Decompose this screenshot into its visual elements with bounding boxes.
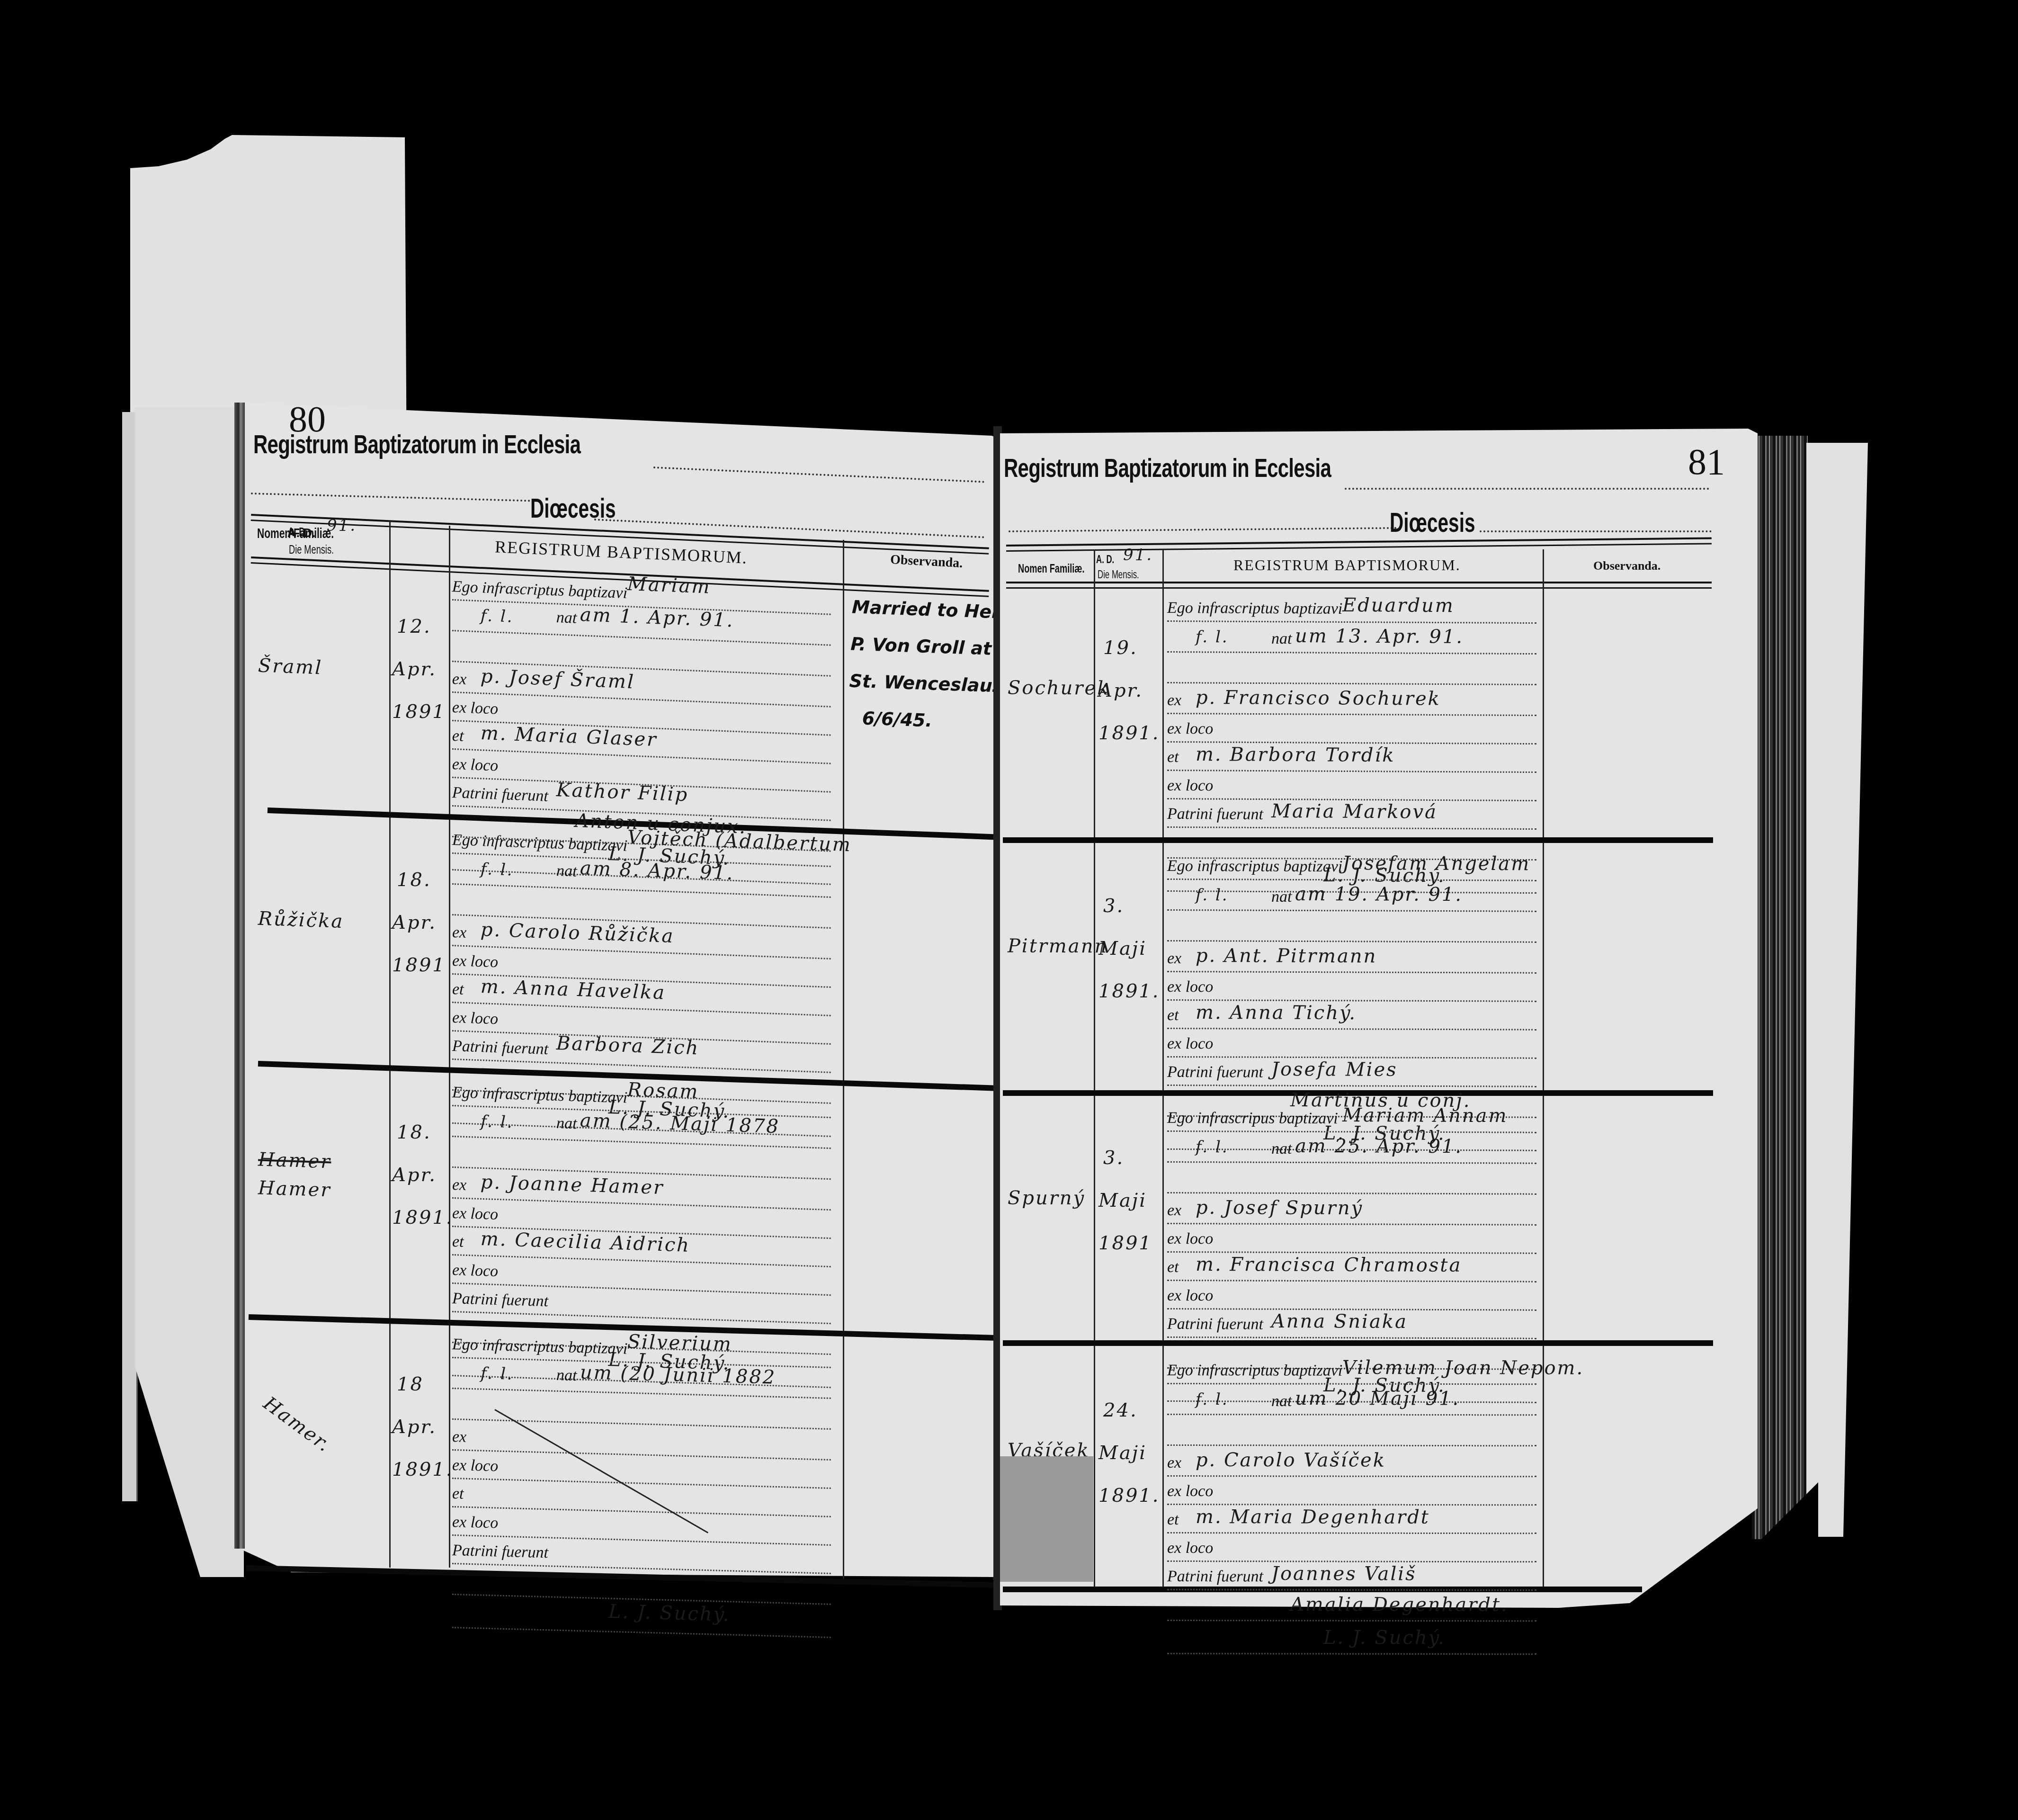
- family-name-struck: Hamer: [258, 1149, 331, 1173]
- form-label: Patrini fuerunt: [1167, 1315, 1263, 1334]
- baptism-month: Maji: [1098, 1442, 1147, 1464]
- diocese-label: Diœcesis: [1390, 507, 1475, 538]
- handwritten-value: Vilemum Joan Nepom.: [1342, 1357, 1584, 1379]
- baptism-year: 1891: [1098, 1232, 1152, 1254]
- loose-insert-sheet: [1806, 443, 1868, 1537]
- handwritten-value: p. Carolo Vašíček: [1196, 1449, 1386, 1471]
- form-label: ex loco: [1167, 1482, 1213, 1500]
- baptism-day: 18.: [397, 1121, 431, 1143]
- legitimacy-mark: f. l.: [1196, 1390, 1229, 1409]
- baptism-day: 12.: [397, 616, 431, 637]
- col-die-mensis: Die Mensis.: [1098, 568, 1139, 582]
- form-label: ex loco: [452, 1456, 499, 1476]
- handwritten-value: um 13. Apr. 91.: [1295, 625, 1464, 648]
- church-name-line: [1345, 488, 1709, 490]
- handwritten-value: Mariam: [627, 573, 711, 598]
- baptism-month: Apr.: [392, 1164, 437, 1186]
- handwritten-value: am 25. Apr. 91.: [1295, 1135, 1463, 1157]
- baptism-year: 1891.: [1098, 980, 1160, 1002]
- redaction-box: [1000, 1456, 1093, 1582]
- form-label: ex loco: [452, 1513, 499, 1533]
- register-title: Registrum Baptizatorum in Ecclesia: [253, 429, 580, 459]
- legitimacy-mark: f. l.: [480, 860, 514, 879]
- form-label: Patrini fuerunt: [1167, 1063, 1263, 1082]
- baptism-year: 1891.: [392, 1459, 454, 1480]
- form-label: ex loco: [452, 1009, 498, 1028]
- baptism-month: Apr.: [392, 658, 437, 680]
- handwritten-value: m. Barbora Tordík: [1196, 744, 1395, 766]
- handwritten-value: m. Anna Tichý.: [1196, 1002, 1357, 1024]
- page-stack-edge: [1752, 436, 1808, 1539]
- form-label: Ego infrascripus baptizavi: [1167, 1109, 1338, 1128]
- underlying-page: [135, 407, 244, 1577]
- handwritten-value: Josefam Angelam: [1342, 852, 1530, 875]
- handwritten-value: Anna Sniaka: [1271, 1310, 1408, 1333]
- form-label: nat: [556, 609, 577, 628]
- form-label: Patrini fuerunt: [1167, 805, 1263, 824]
- baptism-year: 1891.: [1098, 1485, 1160, 1506]
- form-label: et: [1167, 1511, 1179, 1529]
- form-label: ex: [452, 1176, 466, 1194]
- ad-year-right: 91.: [1123, 546, 1153, 565]
- ad-prefix-right: A. D.: [1096, 553, 1114, 566]
- form-label: ex loco: [452, 1204, 498, 1224]
- col-die-mensis: Die Mensis.: [289, 542, 334, 557]
- baptism-month: Apr.: [1098, 680, 1143, 701]
- entry-separator: [1003, 837, 1713, 843]
- handwritten-value: um 20 Maji 91.: [1295, 1388, 1460, 1410]
- baptism-month: Maji: [1098, 938, 1147, 959]
- page-number: 81: [1688, 440, 1725, 483]
- form-label: ex: [1167, 1454, 1181, 1472]
- legitimacy-mark: f. l.: [480, 606, 514, 627]
- ad-prefix-left: A. D.: [288, 525, 307, 539]
- header-bottom-rule: [1006, 582, 1712, 589]
- form-label: nat: [1271, 888, 1292, 906]
- form-label: ex: [1167, 950, 1181, 968]
- handwritten-value: Rosam: [627, 1079, 699, 1103]
- baptism-year: 1891: [392, 954, 446, 976]
- form-label: nat: [1271, 1140, 1292, 1158]
- handwritten-value: Mariam Annam: [1342, 1104, 1508, 1127]
- family-name: Růžička: [258, 908, 344, 932]
- column-divider: [389, 521, 391, 1568]
- form-label: et: [1167, 1258, 1179, 1276]
- legitimacy-mark: f. l.: [480, 1112, 514, 1132]
- form-label: ex loco: [1167, 777, 1213, 795]
- baptism-day: 24.: [1103, 1399, 1138, 1421]
- legitimacy-mark: f. l.: [1196, 886, 1229, 905]
- handwritten-value: p. Josef Spurný: [1196, 1197, 1363, 1219]
- legitimacy-mark: f. l.: [1196, 628, 1229, 646]
- form-label: ex: [452, 670, 467, 689]
- handwritten-value: Maria Marková: [1271, 800, 1438, 823]
- form-line: [1167, 1620, 1536, 1622]
- family-name: Hamer: [258, 1177, 331, 1201]
- baptism-year: 1891.: [392, 1207, 454, 1228]
- handwritten-value: m. Maria Degenhardt: [1196, 1506, 1430, 1528]
- form-label: Patrini fuerunt: [452, 1542, 549, 1562]
- form-label: Patrini fuerunt: [452, 784, 548, 806]
- baptism-day: 3.: [1103, 1147, 1124, 1169]
- baptism-month: Maji: [1098, 1190, 1147, 1211]
- form-label: ex loco: [1167, 1230, 1213, 1248]
- column-divider: [1543, 549, 1544, 1591]
- handwritten-value: am 19. Apr. 91.: [1295, 883, 1463, 906]
- form-label: ex: [452, 923, 466, 942]
- form-label: et: [452, 727, 464, 745]
- form-label: ex loco: [452, 755, 499, 775]
- form-label: nat: [556, 862, 577, 880]
- baptism-day: 18.: [397, 869, 431, 891]
- diocese-line-right: [1480, 530, 1712, 532]
- form-label: Patrini fuerunt: [452, 1290, 548, 1310]
- handwritten-value: Silverium: [627, 1331, 732, 1355]
- baptism-year: 1891: [392, 701, 446, 723]
- form-label: nat: [1271, 1392, 1292, 1410]
- baptism-year: 1891.: [1098, 722, 1160, 744]
- form-label: ex loco: [452, 1261, 498, 1281]
- legitimacy-mark: f. l.: [480, 1364, 514, 1384]
- column-divider: [1094, 549, 1095, 1591]
- entry-separator: [1003, 1340, 1713, 1346]
- handwritten-value: m. Francisca Chramosta: [1196, 1254, 1462, 1276]
- register-title: Registrum Baptizatorum in Ecclesia: [1004, 452, 1331, 483]
- form-label: ex loco: [1167, 978, 1213, 996]
- family-name: Šraml: [258, 654, 323, 679]
- signature: L. J. Suchý.: [608, 1601, 731, 1626]
- handwritten-value: p. Ant. Pitrmann: [1196, 945, 1377, 967]
- family-name: Spurný: [1008, 1187, 1085, 1210]
- family-name: Pitrmann: [1008, 935, 1108, 958]
- form-label: ex loco: [1167, 720, 1213, 738]
- left-page-binding: [234, 403, 245, 1549]
- form-label: ex loco: [1167, 1287, 1213, 1305]
- form-label: Ego infrascriptus baptizavi: [1167, 1362, 1342, 1380]
- handwritten-value: Eduardum: [1342, 594, 1455, 617]
- col-observanda: Observanda.: [1593, 559, 1661, 573]
- baptism-month: Apr.: [392, 912, 437, 933]
- form-label: ex loco: [1167, 1035, 1213, 1053]
- baptism-day: 19.: [1103, 637, 1138, 659]
- form-label: nat: [1271, 630, 1292, 648]
- handwritten-value: Amalia Degenhardt.: [1290, 1594, 1509, 1616]
- form-label: et: [1167, 748, 1179, 766]
- form-label: nat: [556, 1366, 577, 1385]
- form-label: et: [452, 1233, 464, 1251]
- handwritten-value: Joannes Vališ: [1271, 1563, 1417, 1585]
- form-label: ex loco: [1167, 1539, 1213, 1557]
- form-line: [1167, 1653, 1536, 1655]
- form-label: Patrini fuerunt: [452, 1037, 548, 1058]
- form-label: ex: [452, 1428, 467, 1446]
- form-label: ex: [1167, 691, 1181, 709]
- form-label: Patrini fuerunt: [1167, 1568, 1263, 1586]
- column-divider: [449, 526, 450, 1568]
- form-label: et: [1167, 1006, 1179, 1024]
- baptism-day: 18: [397, 1373, 424, 1395]
- col-nomen-familiae: Nomen Familiæ.: [1018, 561, 1085, 576]
- form-label: ex: [1167, 1201, 1181, 1219]
- family-name: Sochurek: [1008, 677, 1110, 699]
- ad-year-left: 91.: [327, 516, 357, 535]
- form-label: ex loco: [452, 699, 499, 718]
- baptism-month: Apr.: [392, 1416, 437, 1438]
- form-label: ex loco: [452, 952, 498, 971]
- form-line: [452, 1627, 831, 1638]
- signature: L. J. Suchý.: [1323, 1627, 1446, 1649]
- form-label: Ego infrascriptus baptizavi: [1167, 599, 1342, 618]
- legitimacy-mark: f. l.: [1196, 1138, 1229, 1157]
- handwritten-value: Josefa Mies: [1271, 1058, 1398, 1081]
- col-registrum: REGISTRUM BAPTISMORUM.: [1233, 556, 1461, 574]
- form-label: nat: [556, 1114, 577, 1133]
- handwritten-value: p. Francisco Sochurek: [1196, 687, 1441, 710]
- baptism-day: 3.: [1103, 895, 1124, 917]
- form-label: et: [452, 980, 464, 999]
- column-divider: [1162, 549, 1164, 1591]
- form-label: et: [452, 1485, 464, 1503]
- form-label: Ego infrascriptus baptizavi: [1167, 857, 1342, 876]
- column-divider: [843, 540, 844, 1582]
